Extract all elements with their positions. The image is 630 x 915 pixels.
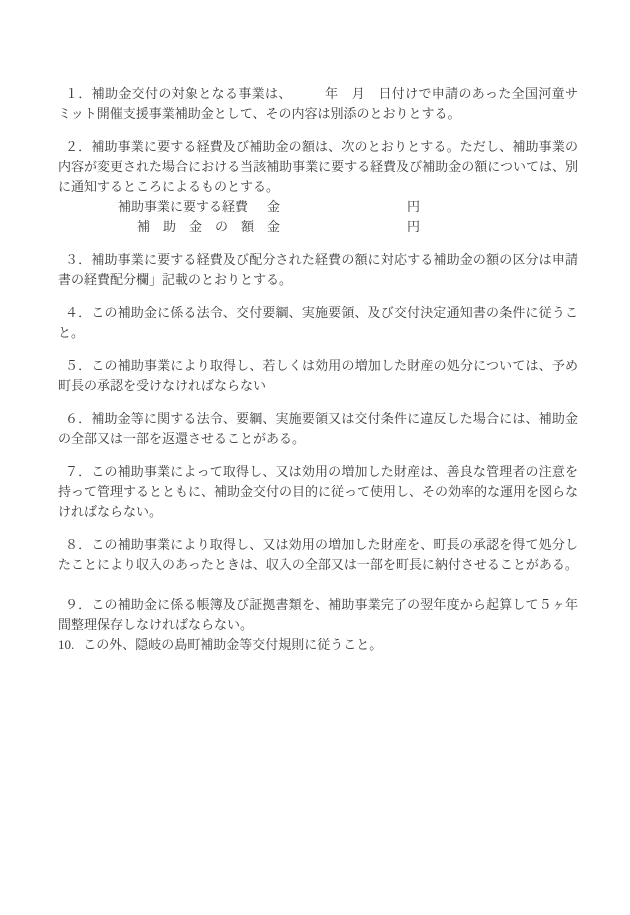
list-item-10: 10.この外、隠岐の島町補助金等交付規則に従うこと。 <box>58 635 578 655</box>
item-paragraph: ９．この補助金に係る帳簿及び証拠書類を、補助事業完了の翌年度から起算して５ヶ年間… <box>58 595 578 635</box>
item-number: ３． <box>65 252 91 267</box>
item-number: ５． <box>65 358 91 373</box>
item-paragraph: ３．補助事業に要する経費及び配分された経費の額に対応する補助金の額の区分は申請書… <box>58 250 578 290</box>
list-item-5: ５．この補助事業により取得し、若しくは効用の増加した財産の処分については、予め町… <box>58 356 578 396</box>
item-number: ６． <box>65 411 91 426</box>
item-text: この補助事業によって取得し、又は効用の増加した財産は、善良な管理者の注意を持って… <box>58 464 578 519</box>
document-page: １．補助金交付の対象となる事業は、 年 月 日付けで申請のあった全国河童サミット… <box>0 0 630 915</box>
item-number: ８． <box>65 537 91 552</box>
item-number: 10. <box>58 637 74 652</box>
item-text: この補助事業により取得し、若しくは効用の増加した財産の処分については、予め町長の… <box>58 358 578 393</box>
list-item-3: ３．補助事業に要する経費及び配分された経費の額に対応する補助金の額の区分は申請書… <box>58 250 578 290</box>
list-item-7: ７．この補助事業によって取得し、又は効用の増加した財産は、善良な管理者の注意を持… <box>58 462 578 522</box>
amount-unit: 円 <box>407 217 420 237</box>
amount-label: 補助事業に要する経費 <box>118 197 248 217</box>
item-text: この補助事業により取得し、又は効用の増加した財産を、町長の承認を得て処分したこと… <box>58 537 578 572</box>
amount-row-subsidy: 補 助 金 の 額 金 円 <box>58 217 578 237</box>
list-item-2: ２．補助事業に要する経費及び補助金の額は、次のとおりとする。ただし、補助事業の内… <box>58 137 578 237</box>
item-number: １． <box>65 86 92 101</box>
item-number: ２． <box>65 139 91 154</box>
list-item-1: １．補助金交付の対象となる事業は、 年 月 日付けで申請のあった全国河童サミット… <box>58 84 578 124</box>
item-number: ９． <box>65 597 91 612</box>
item-paragraph: ４．この補助金に係る法令、交付要綱、実施要領、及び交付決定通知書の条件に従うこと… <box>58 303 578 343</box>
item-text: 補助金交付の対象となる事業は、 年 月 日付けで申請のあった全国河童サミット開催… <box>58 86 578 121</box>
amount-unit: 円 <box>407 197 420 217</box>
item-text: この外、隠岐の島町補助金等交付規則に従うこと。 <box>83 637 382 652</box>
item-paragraph: ５．この補助事業により取得し、若しくは効用の増加した財産の処分については、予め町… <box>58 356 578 396</box>
item-paragraph: 10.この外、隠岐の島町補助金等交付規則に従うこと。 <box>58 635 578 655</box>
item-text: 補助事業に要する経費及び配分された経費の額に対応する補助金の額の区分は申請書の経… <box>58 252 578 287</box>
item-number: ７． <box>65 464 91 479</box>
item-text: この補助金に係る帳簿及び証拠書類を、補助事業完了の翌年度から起算して５ヶ年間整理… <box>58 597 578 632</box>
item-number: ４． <box>65 305 91 320</box>
item-paragraph: １．補助金交付の対象となる事業は、 年 月 日付けで申請のあった全国河童サミット… <box>58 84 578 124</box>
item-paragraph: ８．この補助事業により取得し、又は効用の増加した財産を、町長の承認を得て処分した… <box>58 535 578 575</box>
list-item-4: ４．この補助金に係る法令、交付要綱、実施要領、及び交付決定通知書の条件に従うこと… <box>58 303 578 343</box>
item-text: この補助金に係る法令、交付要綱、実施要領、及び交付決定通知書の条件に従うこと。 <box>58 305 578 340</box>
document-body: １．補助金交付の対象となる事業は、 年 月 日付けで申請のあった全国河童サミット… <box>58 84 578 655</box>
list-item-6: ６．補助金等に関する法令、要綱、実施要領又は交付条件に違反した場合には、補助金の… <box>58 409 578 449</box>
item-paragraph: ６．補助金等に関する法令、要綱、実施要領又は交付条件に違反した場合には、補助金の… <box>58 409 578 449</box>
amount-label: 補 助 金 の 額 <box>137 217 254 237</box>
amount-currency-prefix: 金 <box>267 217 280 237</box>
list-item-9: ９．この補助金に係る帳簿及び証拠書類を、補助事業完了の翌年度から起算して５ヶ年間… <box>58 595 578 635</box>
item-paragraph: ７．この補助事業によって取得し、又は効用の増加した財産は、善良な管理者の注意を持… <box>58 462 578 522</box>
amount-currency-prefix: 金 <box>267 197 280 217</box>
item-paragraph: ２．補助事業に要する経費及び補助金の額は、次のとおりとする。ただし、補助事業の内… <box>58 137 578 197</box>
amount-row-expense: 補助事業に要する経費 金 円 <box>58 197 578 217</box>
list-item-8: ８．この補助事業により取得し、又は効用の増加した財産を、町長の承認を得て処分した… <box>58 535 578 575</box>
item-text: 補助事業に要する経費及び補助金の額は、次のとおりとする。ただし、補助事業の内容が… <box>58 139 578 194</box>
item-text: 補助金等に関する法令、要綱、実施要領又は交付条件に違反した場合には、補助金の全部… <box>58 411 578 446</box>
